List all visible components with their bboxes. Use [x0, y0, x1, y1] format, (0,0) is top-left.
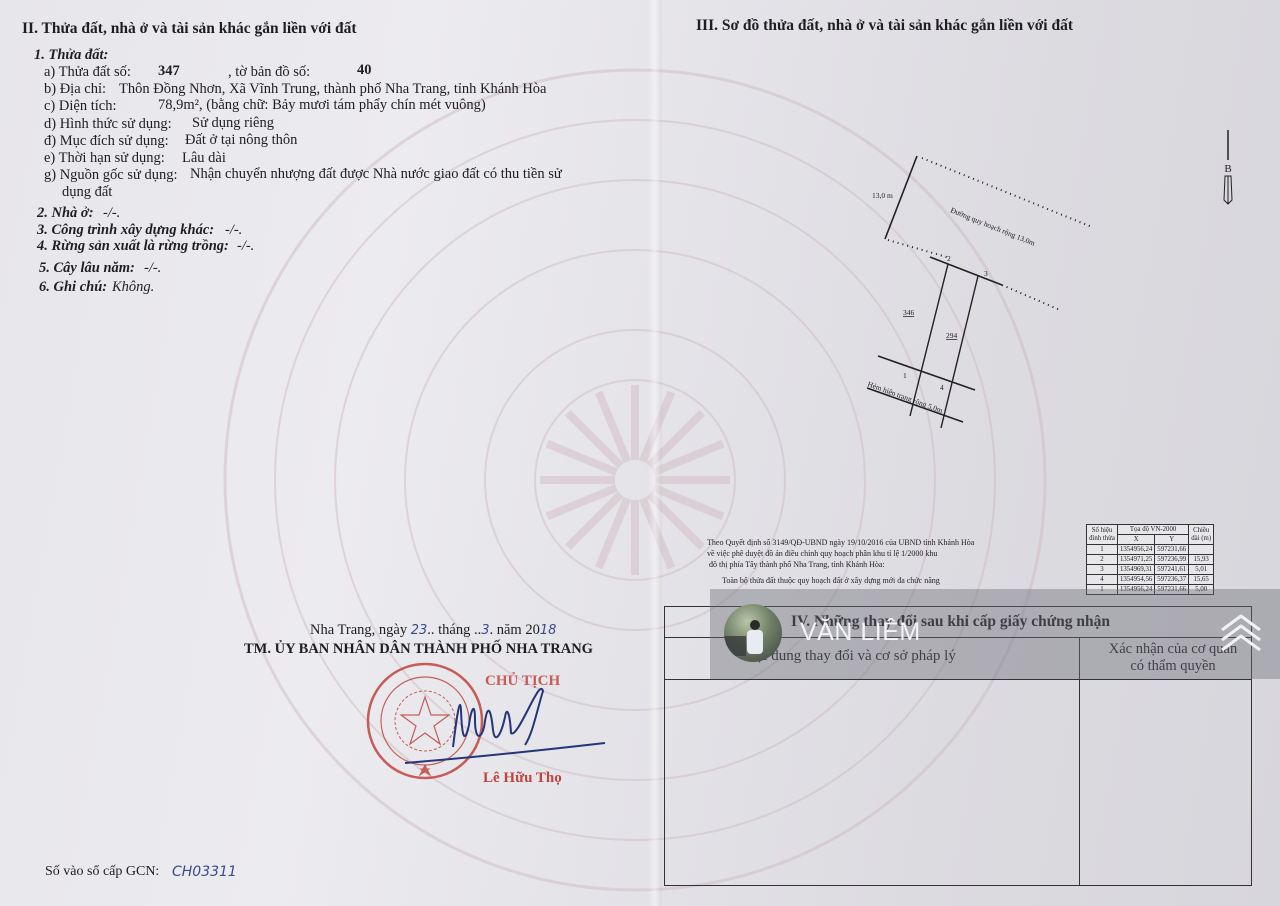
purpose-label: đ) Mục đích sử dụng: [44, 133, 169, 150]
page-fold [648, 0, 662, 906]
svg-text:2: 2 [947, 254, 951, 263]
origin-label: g) Nguồn gốc sử dụng: [44, 167, 178, 184]
parcel-number: 347 [158, 63, 180, 80]
svg-text:3: 3 [984, 269, 988, 278]
area-value: 78,9m², (bằng chữ: Bảy mươi tám phẩy chí… [158, 97, 486, 114]
purpose-value: Đất ở tại nông thôn [185, 132, 297, 149]
address-label: b) Địa chỉ: [44, 81, 106, 98]
planning-note-line3: đô thị phía Tây thành phố Nha Trang, tỉn… [709, 560, 885, 569]
section-3-heading: III. Sơ đồ thửa đất, nhà ở và tài sản kh… [696, 17, 1073, 35]
origin-value-line2: dụng đất [62, 184, 112, 201]
section-2-heading: II. Thửa đất, nhà ở và tài sản khác gắn … [22, 20, 357, 38]
term-value: Lâu dài [182, 150, 226, 167]
coordinate-table: Số hiệu đỉnh thửa Tọa độ VN-2000 Chiều d… [1086, 524, 1214, 595]
place-date: Nha Trang, ngày 23.. tháng ..3. năm 2018 [310, 622, 556, 639]
north-arrow-icon: B [1218, 130, 1238, 210]
coordinate-row: 31354969,31597241,615,01 [1087, 565, 1214, 575]
svg-text:294: 294 [946, 331, 958, 340]
other-works-value: -/-. [225, 222, 242, 239]
note-label: 6. Ghi chú: [39, 279, 107, 296]
other-works-label: 3. Công trình xây dựng khác: [37, 222, 214, 239]
svg-text:B: B [1224, 163, 1231, 175]
house-value: -/-. [103, 205, 120, 222]
svg-text:Hẻm hiện trạng rộng 5,0m: Hẻm hiện trạng rộng 5,0m [866, 379, 944, 415]
house-label: 2. Nhà ở: [37, 205, 94, 222]
coordinate-row: 11354956,24597231,66 [1087, 545, 1214, 555]
svg-text:Đường quy hoạch rộng 13,0m: Đường quy hoạch rộng 13,0m [949, 206, 1036, 248]
registry-label: Số vào sổ cấp GCN: [45, 864, 159, 880]
year-handwritten: 18 [540, 623, 557, 638]
address-value: Thôn Đồng Nhơn, Xã Vĩnh Trung, thành phố… [119, 81, 547, 98]
map-sheet-number: 40 [357, 62, 372, 79]
use-form-label: d) Hình thức sử dụng: [44, 116, 172, 133]
note-value: Không. [112, 279, 154, 296]
month-handwritten: 3 [481, 623, 489, 638]
watermark-name: VĂN LIÊM [800, 618, 921, 647]
col-header-coords: Tọa độ VN-2000 [1118, 525, 1189, 535]
svg-text:346: 346 [903, 308, 915, 317]
coordinate-row: 21354971,25597236,9915,93 [1087, 555, 1214, 565]
term-label: e) Thời hạn sử dụng: [44, 150, 165, 167]
parcel-sketch: 13,0 m Đường quy hoạch rộng 13,0m 2 3 34… [850, 150, 1110, 430]
col-header-y: Y [1155, 535, 1189, 545]
role-title: CHỦ TỊCH [485, 672, 560, 689]
col-header-point: Số hiệu đỉnh thửa [1087, 525, 1118, 545]
forest-label: 4. Rừng sản xuất là rừng trồng: [37, 238, 229, 255]
svg-text:13,0 m: 13,0 m [872, 191, 893, 200]
forest-value: -/-. [237, 238, 254, 255]
use-form-value: Sử dụng riêng [192, 115, 274, 132]
col-header-length: Chiều dài (m) [1189, 525, 1214, 545]
registry-number: CH03311 [172, 864, 237, 880]
watermark-banner [710, 589, 1280, 679]
place-date-prefix: Nha Trang, ngày [310, 622, 407, 638]
perennial-value: -/-. [144, 260, 161, 277]
stacked-chevrons-logo-icon [1218, 612, 1264, 658]
planning-note-line4: Toàn bộ thửa đất thuộc quy hoạch đất ở x… [722, 576, 940, 585]
year-label: năm 20 [497, 622, 540, 638]
map-sheet-label: , tờ bản đồ số: [228, 64, 310, 81]
svg-text:4: 4 [940, 383, 944, 392]
perennial-label: 5. Cây lâu năm: [39, 260, 135, 277]
coordinate-row: 41354954,56597236,3715,65 [1087, 575, 1214, 585]
col-header-x: X [1118, 535, 1155, 545]
signer-name: Lê Hữu Thọ [483, 770, 562, 787]
watermark-avatar [724, 604, 782, 662]
origin-value-line1: Nhận chuyển nhượng đất được Nhà nước gia… [190, 166, 562, 183]
planning-note-line1: Theo Quyết định số 3149/QĐ-UBND ngày 19/… [707, 538, 974, 547]
area-label: c) Diện tích: [44, 98, 116, 115]
parcel-label: a) Thửa đất số: [44, 64, 131, 81]
day-handwritten: 23 [411, 623, 428, 638]
land-heading: 1. Thửa đất: [34, 47, 108, 64]
planning-note-line2: về việc phê duyệt đồ án điều chỉnh quy h… [707, 549, 937, 558]
svg-text:1: 1 [903, 371, 907, 380]
month-label: tháng [438, 622, 470, 638]
